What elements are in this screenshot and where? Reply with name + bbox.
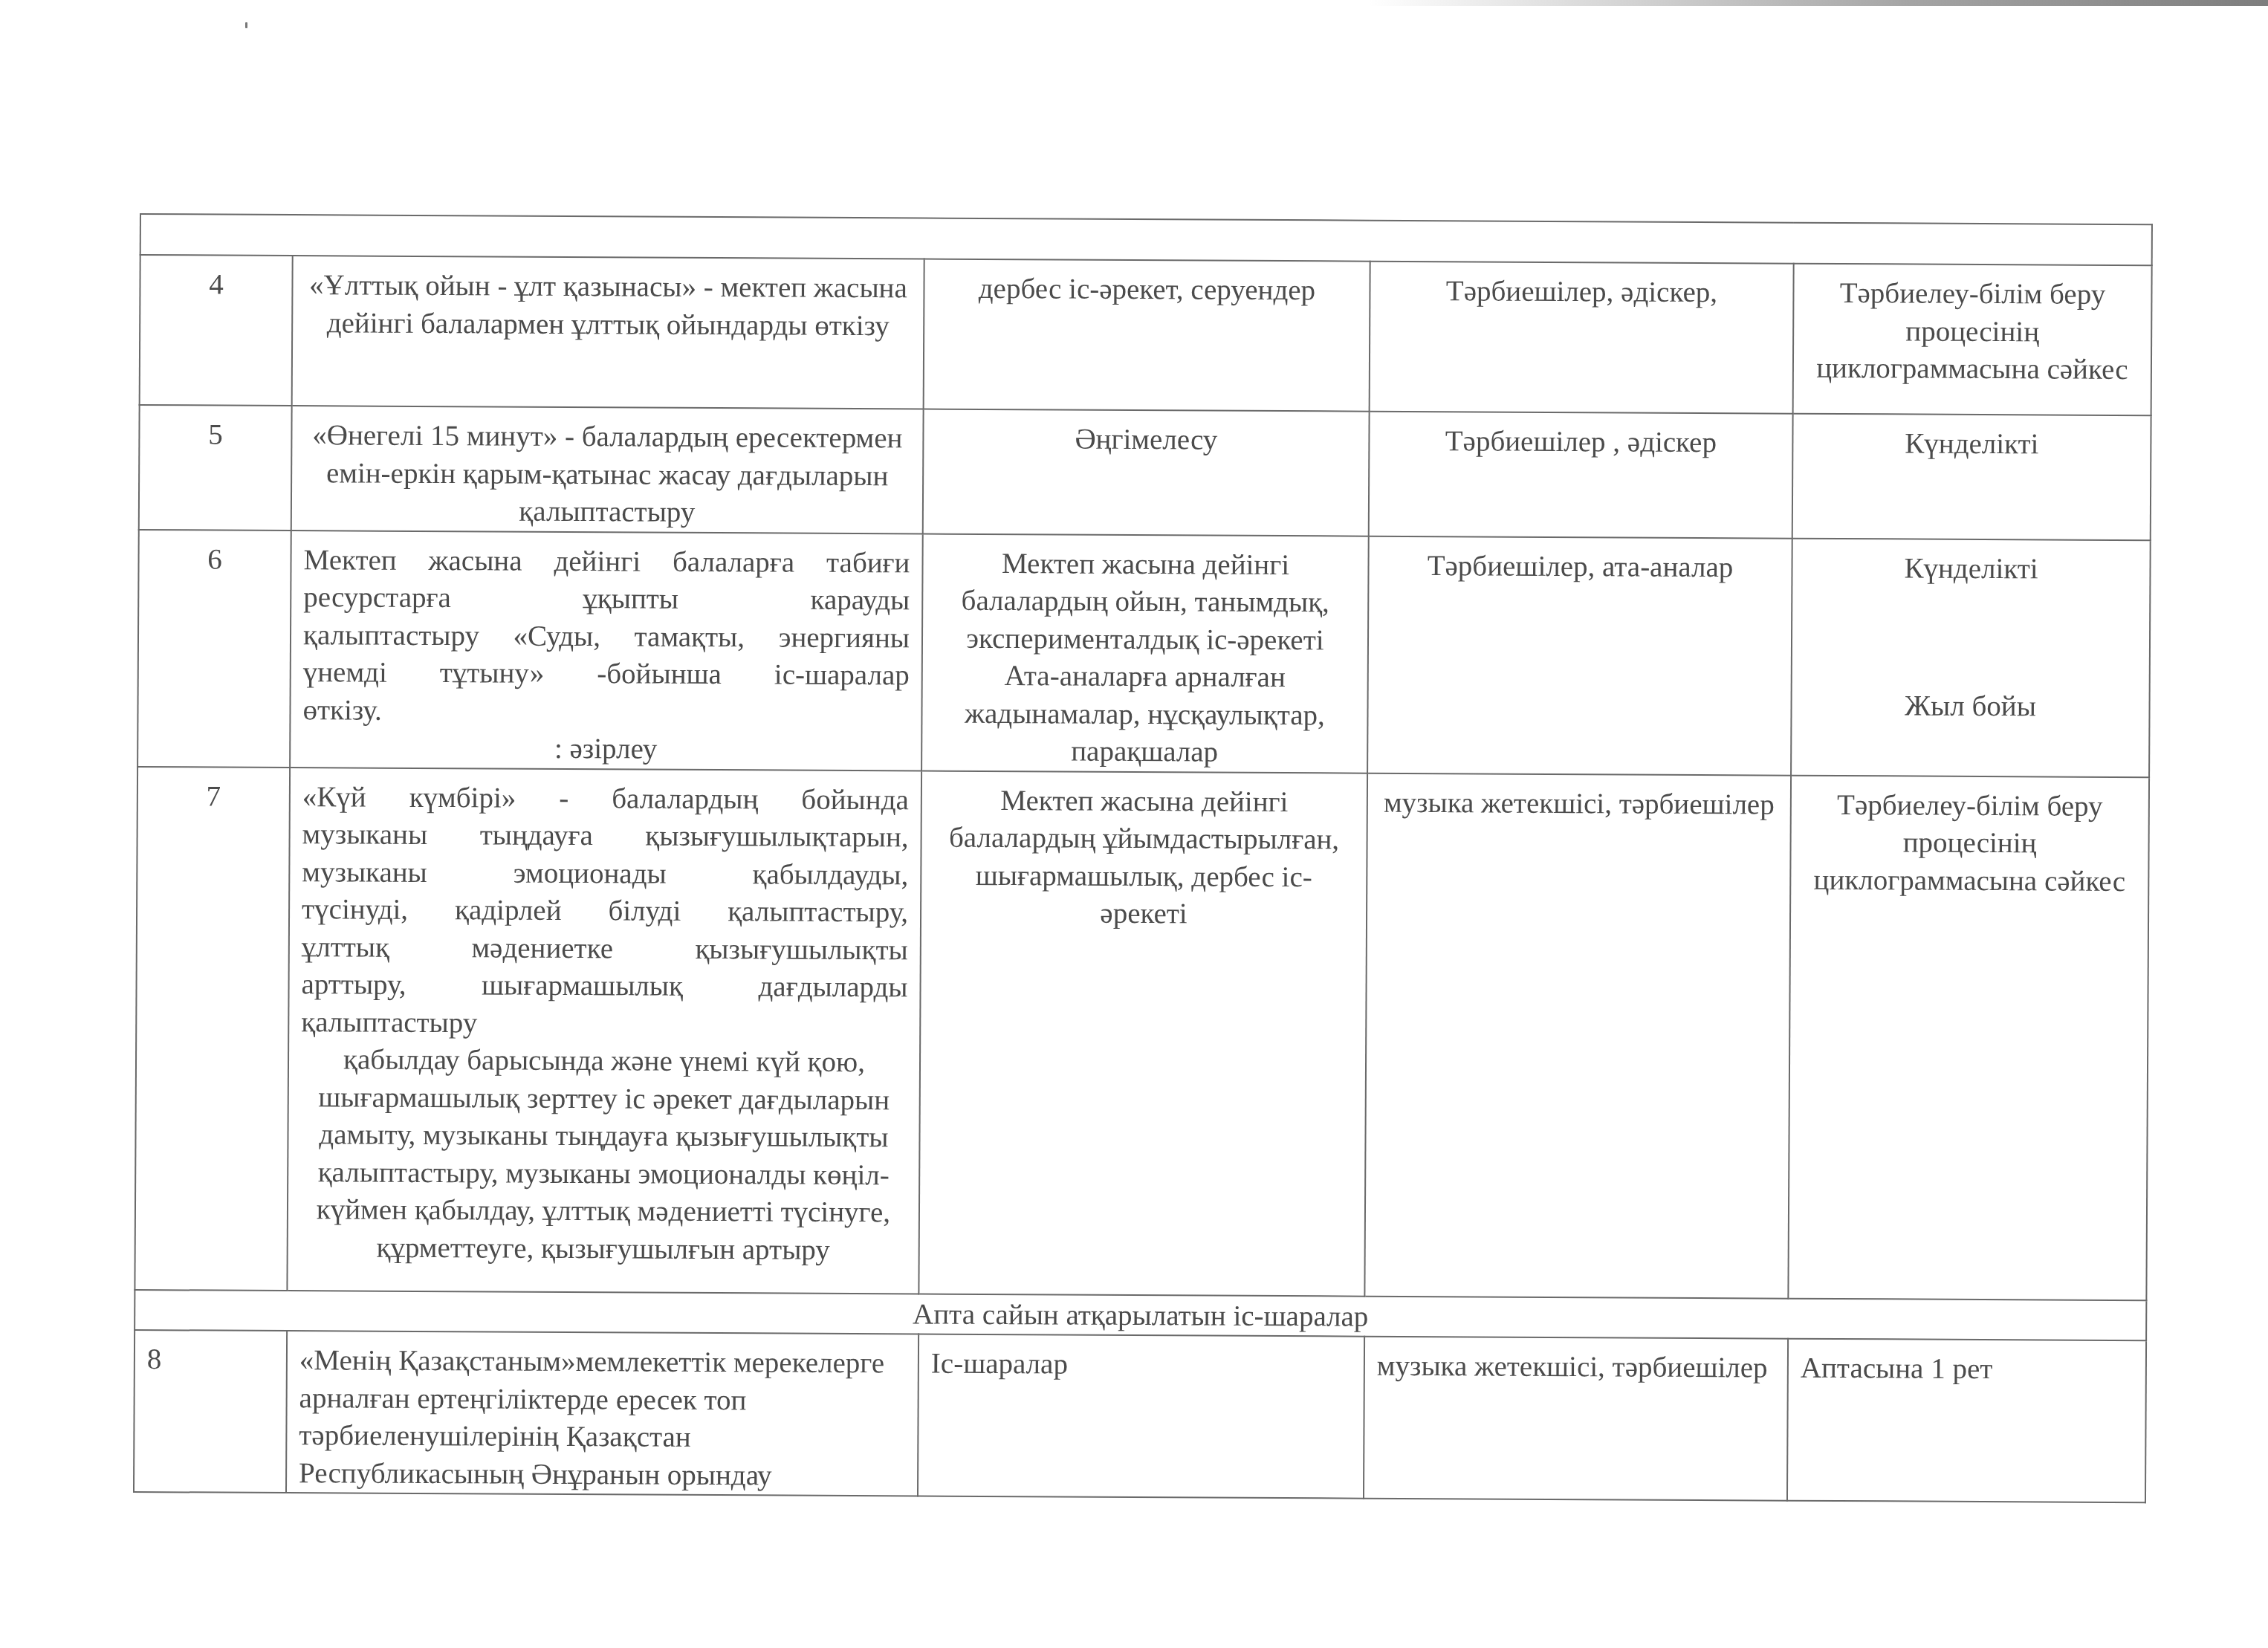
activity-line: «Күй күмбірі» - балалардың бойында — [302, 779, 909, 820]
timing-cell: Тәрбиелеу-білім беру процесінің циклогра… — [1788, 775, 2149, 1300]
responsible-cell: музыка жетекшісі, тәрбиешілер — [1364, 773, 1791, 1298]
activity-line: музыканы эмоционады қабылдауды, — [302, 854, 908, 895]
row-number: 6 — [137, 529, 291, 767]
activity-line: түсінуді, қадірлей білуді қалыптастыру, — [302, 891, 908, 932]
activity-plan-table: 4 «Ұлттық ойын - ұлт қазынасы» - мектеп … — [133, 213, 2153, 1503]
scan-speck — [245, 22, 247, 28]
activity-extra: қабылдау барысында және үнемі күй қою, ш… — [300, 1041, 908, 1269]
scan-edge-shadow — [1367, 0, 2268, 6]
responsible-cell: музыка жетекшісі, тәрбиешілер — [1364, 1337, 1788, 1501]
timing-cell: Аптасына 1 рет — [1787, 1339, 2146, 1503]
timing-cell: Күнделікті — [1792, 414, 2151, 540]
form-cell: Іс-шаралар — [918, 1334, 1364, 1499]
row-number: 7 — [135, 766, 290, 1290]
activity-line: қалыптастыру «Суды, тамақты, энергияны — [303, 617, 910, 658]
timing-extra-text: Жыл бойы — [1804, 687, 2136, 727]
activity-line: қалыптастыру — [301, 1004, 907, 1045]
form-cell: дербес іс-әрекет, серуендер — [924, 259, 1370, 412]
table-row: 7 «Күй күмбірі» - балалардың бойында муз… — [135, 766, 2149, 1300]
form-cell: Әңгімелесу — [923, 409, 1370, 536]
activity-line: ресурстарға ұқыпты карауды — [303, 579, 910, 620]
form-cell: Мектеп жасына дейінгі балалардың ойын, т… — [921, 533, 1369, 773]
activity-line: өткізу. — [302, 692, 909, 733]
row-number: 5 — [139, 405, 292, 531]
timing-cell: Тәрбиелеу-білім беру процесінің циклогра… — [1793, 264, 2152, 416]
responsible-cell: Тәрбиешілер, әдіскер, — [1370, 262, 1794, 414]
row-number: 8 — [134, 1330, 287, 1493]
responsible-cell: Тәрбиешілер , әдіскер — [1369, 412, 1793, 538]
activity-cell: «Менің Қазақстаным»мемлекеттік мерекелер… — [286, 1331, 918, 1496]
timing-cell: Күнделікті Жыл бойы — [1791, 538, 2151, 777]
table-row: 4 «Ұлттық ойын - ұлт қазынасы» - мектеп … — [140, 255, 2152, 415]
timing-text: Күнделікті — [1804, 549, 2137, 588]
activity-cell: «Ұлттық ойын - ұлт қазынасы» - мектеп жа… — [292, 256, 924, 409]
row-number: 4 — [140, 255, 293, 406]
form-cell: Мектеп жасына дейінгі балалардың ұйымдас… — [918, 771, 1367, 1296]
activity-cell: «Өнегелі 15 минут» - балалардың ересекте… — [291, 406, 924, 533]
table-row: 6 Мектеп жасына дейінгі балаларға табиғи… — [137, 529, 2151, 776]
form-extra-text: Ата-аналарға арналған жадынамалар, нұсқа… — [934, 658, 1355, 772]
activity-cell: Мектеп жасына дейінгі балаларға табиғи р… — [290, 531, 923, 771]
responsible-cell: Тәрбиешілер, ата-аналар — [1367, 536, 1792, 775]
form-text: Мектеп жасына дейінгі балалардың ойын, т… — [935, 545, 1356, 659]
activity-line: үнемді тұтыну» -бойынша іс-шаралар — [303, 654, 910, 695]
activity-note: : әзірлеу — [302, 729, 909, 770]
activity-cell: «Күй күмбірі» - балалардың бойында музык… — [287, 768, 921, 1294]
activity-line: Мектеп жасына дейінгі балаларға табиғи — [303, 542, 910, 583]
activity-line: ұлттық мәдениетке қызығушылықты — [302, 929, 908, 970]
table-row: 8 «Менің Қазақстаным»мемлекеттік мерекел… — [134, 1330, 2146, 1502]
activity-line: музыканы тыңдауға қызығушылықтарын, — [302, 816, 908, 857]
table-row: 5 «Өнегелі 15 минут» - балалардың ересек… — [139, 405, 2151, 540]
activity-line: арттыру, шығармашылық дағдыларды — [301, 966, 907, 1007]
